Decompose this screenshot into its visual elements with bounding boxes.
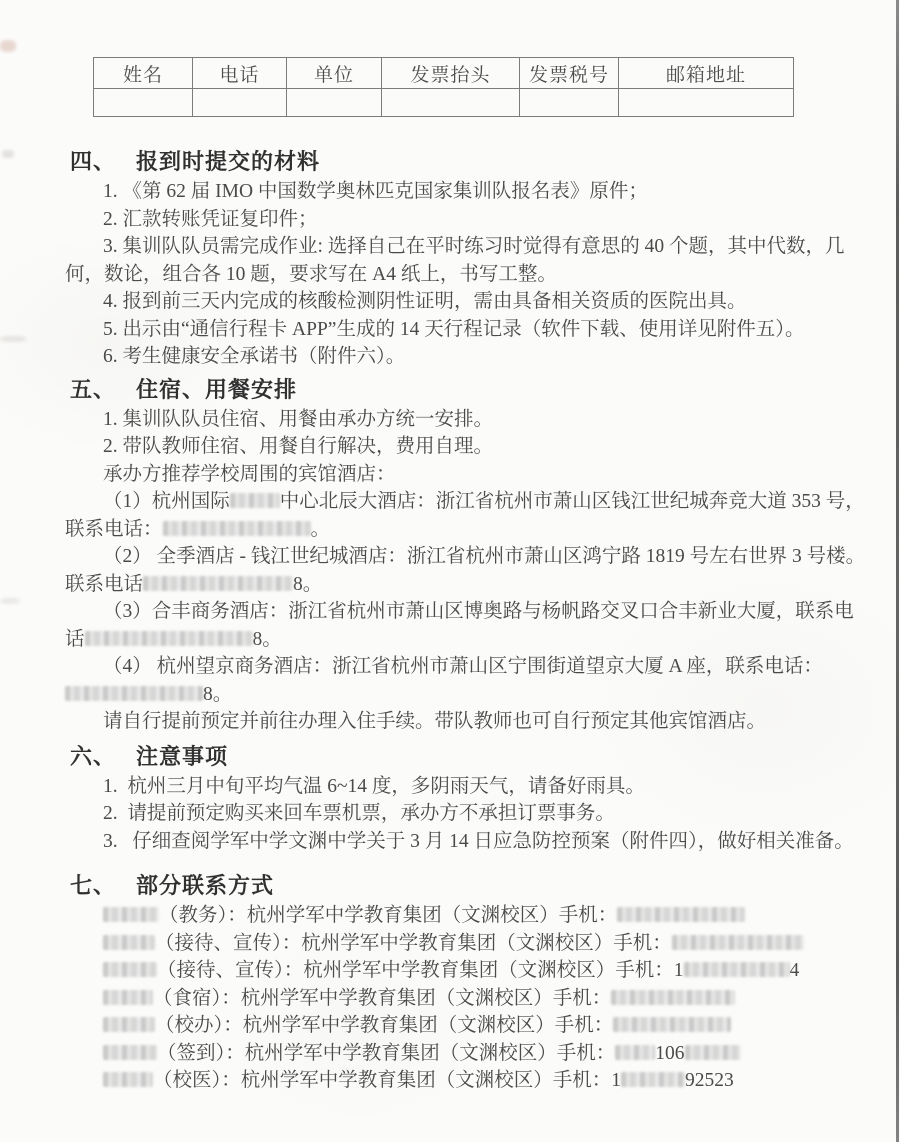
table-header-cell: 单位 <box>287 58 382 89</box>
text-run: 联系电话 <box>65 574 143 595</box>
scanned-document-page: 姓名电话单位发票抬头发票税号邮箱地址 四、报到时提交的材料1. 《第 62 届 … <box>0 0 900 1142</box>
text-run: 2. 带队教师住宿、用餐自行解决，费用自理。 <box>103 436 493 457</box>
scan-artifact <box>2 150 14 158</box>
redacted-text <box>672 935 804 950</box>
text-run: 2. 请提前预定购买来回车票机票，承办方不承担订票事务。 <box>103 803 615 824</box>
section: 五、住宿、用餐安排1. 集训队队员住宿、用餐由承办方统一安排。2. 带队教师住宿… <box>65 377 865 736</box>
text-run: （签到）：杭州学军中学教育集团（文渊校区）手机： <box>157 1043 615 1064</box>
section: 四、报到时提交的材料1. 《第 62 届 IMO 中国数学奥林匹克国家集训队报名… <box>65 149 865 371</box>
redacted-text <box>611 990 735 1005</box>
scan-artifact <box>0 336 26 342</box>
section: 六、注意事项1. 杭州三月中旬平均气温 6~14 度，多阴雨天气，请备好雨具。2… <box>65 744 865 856</box>
text-line: 何，数论，组合各 10 题，要求写在 A4 纸上，书写工整。 <box>65 261 865 289</box>
text-line: （食宿）：杭州学军中学教育集团（文渊校区）手机： <box>65 985 865 1013</box>
text-run: 请自行提前预定并前往办理入住手续。带队教师也可自行预定其他宾馆酒店。 <box>103 711 766 732</box>
redacted-text <box>163 521 311 536</box>
table-empty-cell <box>193 89 287 117</box>
text-line: 承办方推荐学校周围的宾馆酒店： <box>65 461 865 489</box>
text-run: （校医）：杭州学军中学教育集团（文渊校区）手机：1 <box>153 1070 621 1091</box>
section-heading: 四、报到时提交的材料 <box>70 149 865 175</box>
text-line: 请自行提前预定并前往办理入住手续。带队教师也可自行预定其他宾馆酒店。 <box>65 708 865 736</box>
text-run: （3）合丰商务酒店：浙江省杭州市萧山区博奥路与杨帆路交叉口合丰新业大厦，联系电 <box>103 601 854 622</box>
redacted-text <box>143 576 293 591</box>
scan-artifact <box>0 598 20 604</box>
section-title: 住宿、用餐安排 <box>136 377 297 402</box>
table-empty-cell <box>619 89 794 117</box>
text-line: （签到）：杭州学军中学教育集团（文渊校区）手机：106 <box>65 1040 865 1068</box>
table-empty-row <box>94 89 794 117</box>
text-line: 1. 杭州三月中旬平均气温 6~14 度，多阴雨天气，请备好雨具。 <box>65 773 865 801</box>
text-line: 联系电话8。 <box>65 571 865 599</box>
text-run: 话 <box>65 629 85 650</box>
section-number: 五、 <box>70 377 116 402</box>
text-run: （接待、宣传）：杭州学军中学教育集团（文渊校区）手机：1 <box>157 960 684 981</box>
section: 七、部分联系方式（教务）：杭州学军中学教育集团（文渊校区）手机：（接待、宣传）：… <box>65 873 865 1095</box>
scan-edge-line <box>896 0 899 1142</box>
redacted-text <box>103 1072 153 1087</box>
redacted-text <box>613 1017 731 1032</box>
text-line: 5. 出示由“通信行程卡 APP”生成的 14 天行程记录（软件下载、使用详见附… <box>65 316 865 344</box>
text-run: 8。 <box>293 574 322 595</box>
section-number: 四、 <box>70 149 116 174</box>
text-line: 3. 集训队队员需完成作业: 选择自己在平时练习时觉得有意思的 40 个题，其中… <box>65 233 865 261</box>
table-header-cell: 电话 <box>193 58 287 89</box>
text-line: 1. 《第 62 届 IMO 中国数学奥林匹克国家集训队报名表》原件； <box>65 178 865 206</box>
text-run: 承办方推荐学校周围的宾馆酒店： <box>103 464 396 485</box>
redacted-text <box>621 1072 685 1087</box>
text-line: 2. 带队教师住宿、用餐自行解决，费用自理。 <box>65 433 865 461</box>
text-line: （1）杭州国际中心北辰大酒店：浙江省杭州市萧山区钱江世纪城奔竞大道 353 号， <box>65 488 865 516</box>
section-title: 注意事项 <box>136 744 228 769</box>
redacted-text <box>615 1045 655 1060</box>
text-run: （接待、宣传）：杭州学军中学教育集团（文渊校区）手机： <box>155 933 672 954</box>
table-empty-cell <box>520 89 619 117</box>
text-run: （1）杭州国际 <box>103 491 230 512</box>
document-sections: 四、报到时提交的材料1. 《第 62 届 IMO 中国数学奥林匹克国家集训队报名… <box>65 149 865 1095</box>
redacted-text <box>103 990 153 1005</box>
text-line: 8。 <box>65 681 865 709</box>
text-run: 106 <box>655 1043 684 1064</box>
redacted-text <box>617 907 745 922</box>
redacted-text <box>103 907 159 922</box>
table-header-cell: 邮箱地址 <box>619 58 794 89</box>
text-run: （教务）：杭州学军中学教育集团（文渊校区）手机： <box>159 905 617 926</box>
document-content: 姓名电话单位发票抬头发票税号邮箱地址 四、报到时提交的材料1. 《第 62 届 … <box>65 57 865 1095</box>
table-empty-cell <box>94 89 193 117</box>
text-run: 1. 杭州三月中旬平均气温 6~14 度，多阴雨天气，请备好雨具。 <box>103 776 645 797</box>
text-line: （3）合丰商务酒店：浙江省杭州市萧山区博奥路与杨帆路交叉口合丰新业大厦，联系电 <box>65 598 865 626</box>
section-heading: 六、注意事项 <box>70 744 865 770</box>
text-line: 1. 集训队队员住宿、用餐由承办方统一安排。 <box>65 406 865 434</box>
table-empty-cell <box>382 89 520 117</box>
text-line: （4） 杭州望京商务酒店：浙江省杭州市萧山区宁围街道望京大厦 A 座，联系电话： <box>65 653 865 681</box>
redacted-text <box>685 1045 741 1060</box>
text-run: 2. 汇款转账凭证复印件； <box>103 209 318 230</box>
text-line: （校医）：杭州学军中学教育集团（文渊校区）手机：192523 <box>65 1067 865 1095</box>
section-number: 六、 <box>70 744 116 769</box>
text-run: 3. 集训队队员需完成作业: 选择自己在平时练习时觉得有意思的 40 个题，其中… <box>103 236 845 257</box>
redacted-text <box>103 1045 157 1060</box>
text-line: （接待、宣传）：杭州学军中学教育集团（文渊校区）手机： <box>65 930 865 958</box>
text-run: 何，数论，组合各 10 题，要求写在 A4 纸上，书写工整。 <box>65 264 557 285</box>
section-heading: 七、部分联系方式 <box>70 873 865 899</box>
section-title: 报到时提交的材料 <box>136 149 320 174</box>
redacted-text <box>103 962 157 977</box>
redacted-text <box>684 962 790 977</box>
redacted-text <box>103 1017 155 1032</box>
table-header-row: 姓名电话单位发票抬头发票税号邮箱地址 <box>94 58 794 89</box>
text-run: 92523 <box>685 1070 734 1091</box>
redacted-text <box>230 493 280 508</box>
redacted-text <box>85 631 253 646</box>
text-run: 1. 集训队队员住宿、用餐由承办方统一安排。 <box>103 409 493 430</box>
text-run: （2） 全季酒店 - 钱江世纪城酒店：浙江省杭州市萧山区鸿宁路 1819 号左右… <box>103 546 865 567</box>
registration-info-table: 姓名电话单位发票抬头发票税号邮箱地址 <box>93 57 794 117</box>
text-line: 4. 报到前三天内完成的核酸检测阴性证明，需由具备相关资质的医院出具。 <box>65 288 865 316</box>
text-run: 8。 <box>253 629 282 650</box>
text-run: 联系电话： <box>65 519 163 540</box>
text-run: （4） 杭州望京商务酒店：浙江省杭州市萧山区宁围街道望京大厦 A 座，联系电话： <box>103 656 823 677</box>
table-header-cell: 姓名 <box>94 58 193 89</box>
section-heading: 五、住宿、用餐安排 <box>70 377 865 403</box>
text-line: 6. 考生健康安全承诺书（附件六）。 <box>65 343 865 371</box>
table-empty-cell <box>287 89 382 117</box>
text-line: 2. 汇款转账凭证复印件； <box>65 206 865 234</box>
text-run: （校办）：杭州学军中学教育集团（文渊校区）手机： <box>155 1015 613 1036</box>
text-line: （2） 全季酒店 - 钱江世纪城酒店：浙江省杭州市萧山区鸿宁路 1819 号左右… <box>65 543 865 571</box>
section-number: 七、 <box>70 873 116 898</box>
redacted-text <box>103 935 155 950</box>
table-header-cell: 发票税号 <box>520 58 619 89</box>
text-run: 8。 <box>203 684 232 705</box>
text-run: 4. 报到前三天内完成的核酸检测阴性证明，需由具备相关资质的医院出具。 <box>103 291 747 312</box>
text-run: 。 <box>311 519 331 540</box>
text-run: 6. 考生健康安全承诺书（附件六）。 <box>103 346 405 367</box>
text-run: （食宿）：杭州学军中学教育集团（文渊校区）手机： <box>153 988 611 1009</box>
text-line: （校办）：杭州学军中学教育集团（文渊校区）手机： <box>65 1012 865 1040</box>
text-run: 5. 出示由“通信行程卡 APP”生成的 14 天行程记录（软件下载、使用详见附… <box>103 319 804 340</box>
text-run: 1. 《第 62 届 IMO 中国数学奥林匹克国家集训队报名表》原件； <box>103 181 648 202</box>
text-line: （教务）：杭州学军中学教育集团（文渊校区）手机： <box>65 902 865 930</box>
text-line: 2. 请提前预定购买来回车票机票，承办方不承担订票事务。 <box>65 800 865 828</box>
section-title: 部分联系方式 <box>136 873 274 898</box>
text-line: （接待、宣传）：杭州学军中学教育集团（文渊校区）手机：14 <box>65 957 865 985</box>
text-line: 3. 仔细查阅学军中学文渊中学关于 3 月 14 日应急防控预案（附件四），做好… <box>65 828 865 856</box>
text-run: 4 <box>790 960 800 981</box>
text-run: 中心北辰大酒店：浙江省杭州市萧山区钱江世纪城奔竞大道 353 号， <box>280 491 865 512</box>
text-line: 话8。 <box>65 626 865 654</box>
redacted-text <box>65 686 203 701</box>
text-run: 3. 仔细查阅学军中学文渊中学关于 3 月 14 日应急防控预案（附件四），做好… <box>103 831 854 852</box>
scan-artifact <box>0 40 16 52</box>
table-header-cell: 发票抬头 <box>382 58 520 89</box>
text-line: 联系电话：。 <box>65 516 865 544</box>
